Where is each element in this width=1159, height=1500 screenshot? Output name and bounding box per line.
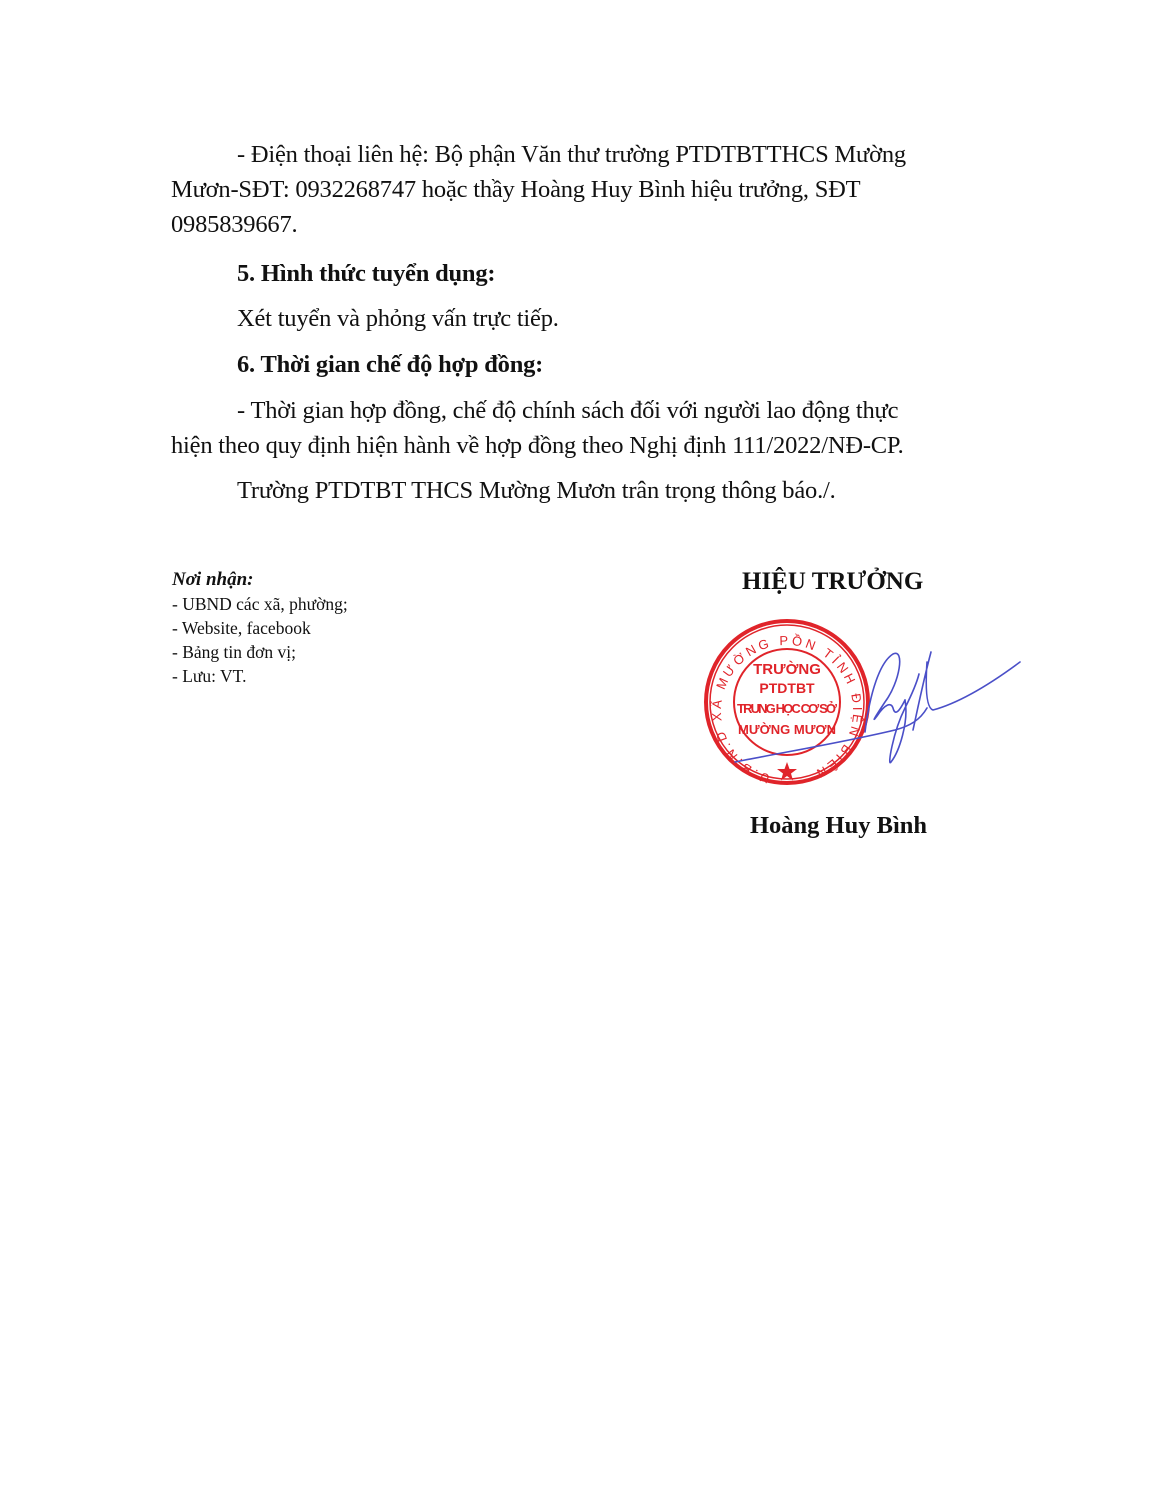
contact-line-3: 0985839667. [171,207,991,242]
signer-title: HIỆU TRƯỞNG [742,568,923,596]
recipients-block: Nơi nhận: - UBND các xã, phường; - Websi… [172,568,348,688]
signer-name: Hoàng Huy Bình [750,812,927,840]
section-6-line-1: - Thời gian hợp đồng, chế độ chính sách … [171,393,991,428]
svg-text:PTDTBT: PTDTBT [759,680,815,696]
section-5-heading: 5. Hình thức tuyển dụng: [237,256,1057,291]
svg-text:TRUNG HỌC CƠ SỞ: TRUNG HỌC CƠ SỞ [737,701,838,716]
contact-line-2: Mươn-SĐT: 0932268747 hoặc thầy Hoàng Huy… [171,172,991,207]
recipient-item: - Bảng tin đơn vị; [172,640,348,664]
section-5-body: Xét tuyển và phỏng vấn trực tiếp. [237,301,1057,336]
contact-paragraph-cont: Mươn-SĐT: 0932268747 hoặc thầy Hoàng Huy… [171,172,991,242]
recipients-title: Nơi nhận: [172,568,348,592]
recipient-item: - UBND các xã, phường; [172,592,348,616]
recipient-item: - Lưu: VT. [172,664,348,688]
document-page: - Điện thoại liên hệ: Bộ phận Văn thư tr… [0,0,1159,1500]
recipient-item: - Website, facebook [172,616,348,640]
closing-statement: Trường PTDTBT THCS Mường Mươn trân trọng… [237,473,1057,508]
section-6-line-2: hiện theo quy định hiện hành về hợp đồng… [171,428,991,463]
contact-paragraph: - Điện thoại liên hệ: Bộ phận Văn thư tr… [171,137,991,172]
section-6-heading: 6. Thời gian chế độ hợp đồng: [237,347,1057,382]
svg-text:TRƯỜNG: TRƯỜNG [753,660,821,678]
stamp-icon: U.B.N.D XÃ MƯỜNG PỒN TỈNH ĐIỆN BIÊN TRƯỜ… [695,612,1035,797]
contact-line-1: - Điện thoại liên hệ: Bộ phận Văn thư tr… [171,137,991,172]
official-stamp-and-signature: U.B.N.D XÃ MƯỜNG PỒN TỈNH ĐIỆN BIÊN TRƯỜ… [695,612,1035,797]
svg-text:MƯỜNG MƯƠN: MƯỜNG MƯƠN [738,722,836,737]
